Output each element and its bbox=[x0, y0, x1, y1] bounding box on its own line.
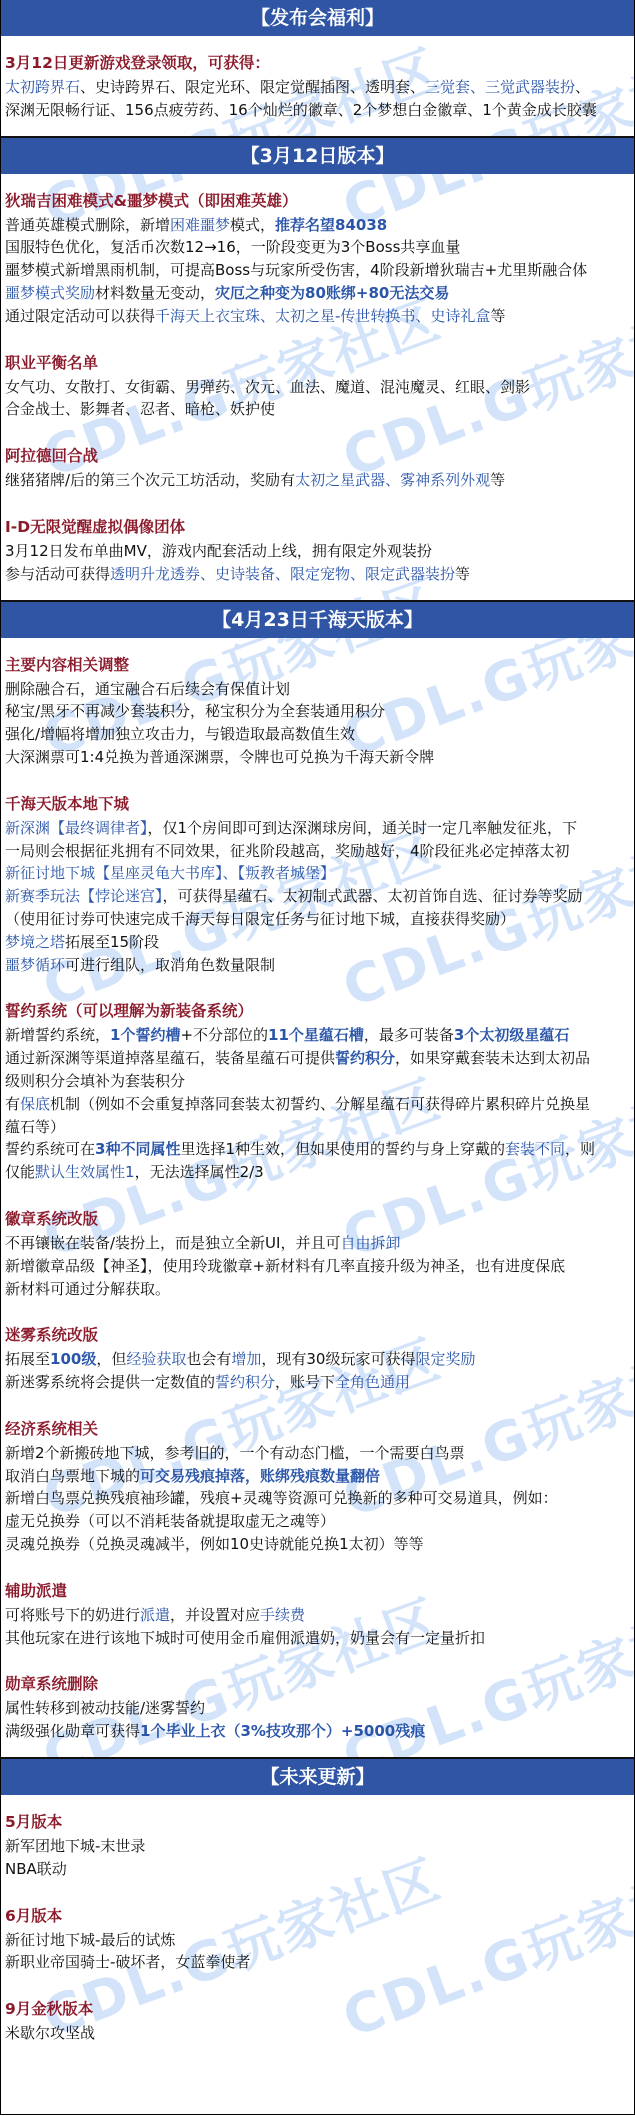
highlight-text: 推荐名望84038 bbox=[275, 216, 387, 234]
body-text: 其他玩家在进行该地下城时可使用金币雇佣派遣奶，奶量会有一定量折扣 bbox=[5, 1629, 485, 1647]
body-text: 有 bbox=[5, 1095, 20, 1113]
text-line: 太初跨界石、史诗跨界石、限定光环、限定觉醒插图、透明套、三觉套、三觉武器装扮、 bbox=[5, 76, 630, 99]
block-title: 辅助派遣 bbox=[5, 1578, 630, 1604]
body-text: ，无法选择属性2/3 bbox=[135, 1163, 264, 1181]
highlight-text: 新赛季玩法【悖论迷宫】 bbox=[5, 887, 163, 905]
body-text: 等 bbox=[490, 307, 505, 325]
body-text: NBA联动 bbox=[5, 1860, 67, 1878]
block-title: 徽章系统改版 bbox=[5, 1206, 630, 1232]
body-text: 属性转移到被动技能/迷雾誓约 bbox=[5, 1699, 205, 1717]
body-text: 级则积分会填补为套装积分 bbox=[5, 1072, 185, 1090]
body-text: 灵魂兑换券（兑换灵魂减半，例如10史诗就能兑换1太初）等等 bbox=[5, 1535, 424, 1553]
body-text: 材料数量无变动， bbox=[95, 284, 215, 302]
section-april-23-qianhaitian-version: 【4月23日千海天版本】主要内容相关调整删除融合石，通宝融合石后续会有保值计划秘… bbox=[1, 600, 634, 1758]
content-block: 6月版本新征讨地下城-最后的试炼新职业帝国骑士-破坏者，女蓝拳使者 bbox=[5, 1903, 630, 1975]
text-line: 合金战士、影舞者、忍者、暗枪、妖护使 bbox=[5, 398, 630, 421]
body-text: 新材料可通过分解获取。 bbox=[5, 1280, 170, 1298]
text-line: 梦境之塔拓展至15阶段 bbox=[5, 931, 630, 954]
text-line: 秘宝/黑牙不再减少套装积分，秘宝积分为全套装通用积分 bbox=[5, 700, 630, 723]
body-text: 新增2个新搬砖地下城，参考旧的，一个有动态门槛，一个需要白鸟票 bbox=[5, 1444, 465, 1462]
body-text: 可将账号下的奶进行 bbox=[5, 1606, 140, 1624]
body-text: ，现有30级玩家可获得 bbox=[261, 1350, 415, 1368]
text-line: 新深渊【最终调律者】，仅1个房间即可到达深渊球房间，通关时一定几率触发征兆，下 bbox=[5, 817, 630, 840]
content-block: 经济系统相关新增2个新搬砖地下城，参考旧的，一个有动态门槛，一个需要白鸟票取消白… bbox=[5, 1416, 630, 1556]
body-text: 模式， bbox=[230, 216, 275, 234]
block-title: 誓约系统（可以理解为新装备系统） bbox=[5, 998, 630, 1024]
content-block: 阿拉德回合战继猪猪牌/后的第三个次元工坊活动，奖励有太初之星武器、雾神系列外观等 bbox=[5, 443, 630, 492]
content-block: 誓约系统（可以理解为新装备系统）新增誓约系统，1个誓约槽+不分部位的11个星蕴石… bbox=[5, 998, 630, 1184]
content-block: I-D无限觉醒虚拟偶像团体3月12日发布单曲MV，游戏内配套活动上线，拥有限定外… bbox=[5, 514, 630, 586]
highlight-text: 套装不同 bbox=[505, 1140, 565, 1158]
text-line: 仅能默认生效属性1，无法选择属性2/3 bbox=[5, 1161, 630, 1184]
announcement-content: 【发布会福利】3月12日更新游戏登录领取，可获得：太初跨界石、史诗跨界石、限定光… bbox=[1, 0, 634, 2059]
text-line: NBA联动 bbox=[5, 1858, 630, 1881]
content-block: 徽章系统改版不再镶嵌在装备/装扮上，而是独立全新UI，并且可自由拆卸新增徽章品级… bbox=[5, 1206, 630, 1300]
section-header: 【3月12日版本】 bbox=[1, 136, 634, 174]
body-text: ，并设置对应 bbox=[170, 1606, 260, 1624]
body-text: 普通英雄模式删除，新增 bbox=[5, 216, 170, 234]
body-text: 拓展至 bbox=[5, 1350, 50, 1368]
highlight-text: 默认生效属性1 bbox=[35, 1163, 135, 1181]
section-body: 3月12日更新游戏登录领取，可获得：太初跨界石、史诗跨界石、限定光环、限定觉醒插… bbox=[1, 36, 634, 136]
body-text: ，如果穿戴套装未达到太初品 bbox=[395, 1049, 590, 1067]
block-title: 9月金秋版本 bbox=[5, 1996, 630, 2022]
text-line: 删除融合石，通宝融合石后续会有保值计划 bbox=[5, 678, 630, 701]
block-title: 6月版本 bbox=[5, 1903, 630, 1929]
highlight-text: 1个誓约槽 bbox=[110, 1026, 180, 1044]
text-line: 新材料可通过分解获取。 bbox=[5, 1278, 630, 1301]
text-line: 蕴石等） bbox=[5, 1116, 630, 1139]
highlight-text: 手续费 bbox=[260, 1606, 305, 1624]
body-text: 、 bbox=[575, 78, 590, 96]
text-line: 通过新深渊等渠道掉落星蕴石，装备星蕴石可提供誓约积分，如果穿戴套装未达到太初品 bbox=[5, 1047, 630, 1070]
text-line: 满级强化勋章可获得1个毕业上衣（3%技攻那个）+5000残痕 bbox=[5, 1720, 630, 1743]
body-text: 等 bbox=[490, 471, 505, 489]
body-text: 蕴石等） bbox=[5, 1118, 65, 1136]
body-text: 新增白鸟票兑换残痕袖珍罐，残痕+灵魂等资源可兑换新的多种可交易道具，例如： bbox=[5, 1489, 558, 1507]
highlight-text: 透明升龙透券、史诗装备、限定宠物、限定武器装扮 bbox=[110, 565, 455, 583]
content-block: 3月12日更新游戏登录领取，可获得：太初跨界石、史诗跨界石、限定光环、限定觉醒插… bbox=[5, 50, 630, 122]
highlight-text: 1个毕业上衣（3%技攻那个）+5000残痕 bbox=[140, 1722, 425, 1740]
body-text: ，可获得星蕴石、太初制式武器、太初首饰自选、征讨券等奖励 bbox=[163, 887, 583, 905]
highlight-text: 新深渊【最终调律者】 bbox=[5, 819, 148, 837]
text-line: 3月12日发布单曲MV，游戏内配套活动上线，拥有限定外观装扮 bbox=[5, 540, 630, 563]
body-text: 删除融合石，通宝融合石后续会有保值计划 bbox=[5, 680, 290, 698]
block-title: 经济系统相关 bbox=[5, 1416, 630, 1442]
highlight-text: 11个星蕴石槽 bbox=[268, 1026, 364, 1044]
text-line: 新增白鸟票兑换残痕袖珍罐，残痕+灵魂等资源可兑换新的多种可交易道具，例如： bbox=[5, 1487, 630, 1510]
block-title: I-D无限觉醒虚拟偶像团体 bbox=[5, 514, 630, 540]
body-text: 里选择1种生效，但如果使用的誓约与身上穿戴的 bbox=[180, 1140, 505, 1158]
highlight-text: 梦境之塔 bbox=[5, 933, 65, 951]
text-line: 通过限定活动可以获得千海天上衣宝珠、太初之星-传世转换书、史诗礼盒等 bbox=[5, 305, 630, 328]
text-line: 新赛季玩法【悖论迷宫】，可获得星蕴石、太初制式武器、太初首饰自选、征讨券等奖励 bbox=[5, 885, 630, 908]
body-text: 大深渊票可1:4兑换为普通深渊票，令牌也可兑换为千海天新令牌 bbox=[5, 748, 434, 766]
text-line: 继猪猪牌/后的第三个次元工坊活动，奖励有太初之星武器、雾神系列外观等 bbox=[5, 469, 630, 492]
text-line: 大深渊票可1:4兑换为普通深渊票，令牌也可兑换为千海天新令牌 bbox=[5, 746, 630, 769]
text-line: 有保底机制（例如不会重复掉落同套装太初誓约、分解星蕴石可获得碎片累积碎片兑换星 bbox=[5, 1093, 630, 1116]
body-text: 米歇尔攻坚战 bbox=[5, 2024, 95, 2042]
announcement-page: CDL.G玩家社区CDL.G玩家社区CDL.G玩家社区CDL.G玩家社区CDL.… bbox=[0, 0, 635, 2115]
section-future-updates: 【未来更新】5月版本新军团地下城-末世录NBA联动6月版本新征讨地下城-最后的试… bbox=[1, 1757, 634, 2059]
highlight-text: 限定奖励 bbox=[415, 1350, 475, 1368]
highlight-text: 100级 bbox=[50, 1350, 96, 1368]
body-text: 参与活动可获得 bbox=[5, 565, 110, 583]
text-line: 誓约系统可在3种不同属性里选择1种生效，但如果使用的誓约与身上穿戴的套装不同，则 bbox=[5, 1138, 630, 1161]
highlight-text: 太初之星武器、雾神系列外观 bbox=[295, 471, 490, 489]
text-line: 新增2个新搬砖地下城，参考旧的，一个有动态门槛，一个需要白鸟票 bbox=[5, 1442, 630, 1465]
highlight-text: 可交易残痕掉落，账绑残痕数量翻倍 bbox=[140, 1467, 380, 1485]
body-text: 女气功、女散打、女街霸、男弹药、次元、血法、魔道、混沌魔灵、红眼、剑影 bbox=[5, 378, 530, 396]
body-text: 通过新深渊等渠道掉落星蕴石，装备星蕴石可提供 bbox=[5, 1049, 335, 1067]
block-title: 职业平衡名单 bbox=[5, 350, 630, 376]
content-block: 千海天版本地下城新深渊【最终调律者】，仅1个房间即可到达深渊球房间，通关时一定几… bbox=[5, 791, 630, 977]
highlight-text: 困难噩梦 bbox=[170, 216, 230, 234]
content-block: 职业平衡名单女气功、女散打、女街霸、男弹药、次元、血法、魔道、混沌魔灵、红眼、剑… bbox=[5, 350, 630, 422]
highlight-text: 三觉套、三觉武器装扮 bbox=[425, 78, 575, 96]
content-block: 狄瑞吉困难模式&噩梦模式（即困难英雄）普通英雄模式删除，新增困难噩梦模式，推荐名… bbox=[5, 188, 630, 328]
body-text: 新迷雾系统将会提供一定数值的 bbox=[5, 1373, 215, 1391]
body-text: 也会有 bbox=[186, 1350, 231, 1368]
section-launch-event-benefits: 【发布会福利】3月12日更新游戏登录领取，可获得：太初跨界石、史诗跨界石、限定光… bbox=[1, 0, 634, 136]
body-text: 机制（例如不会重复掉落同套装太初誓约、分解星蕴石可获得碎片累积碎片兑换星 bbox=[50, 1095, 590, 1113]
block-title: 阿拉德回合战 bbox=[5, 443, 630, 469]
text-line: 新增徽章品级【神圣】，使用玲珑徽章+新材料有几率直接升级为神圣，也有进度保底 bbox=[5, 1255, 630, 1278]
text-line: 可将账号下的奶进行派遣，并设置对应手续费 bbox=[5, 1604, 630, 1627]
text-line: 米歇尔攻坚战 bbox=[5, 2022, 630, 2045]
highlight-text: 保底 bbox=[20, 1095, 50, 1113]
highlight-text: 经验获取 bbox=[126, 1350, 186, 1368]
block-title: 迷雾系统改版 bbox=[5, 1322, 630, 1348]
text-line: 国服特色优化，复活币次数12→16，一阶段变更为3个Boss共享血量 bbox=[5, 236, 630, 259]
section-march-12-version: 【3月12日版本】狄瑞吉困难模式&噩梦模式（即困难英雄）普通英雄模式删除，新增困… bbox=[1, 136, 634, 600]
body-text: 新军团地下城-末世录 bbox=[5, 1837, 145, 1855]
text-line: 其他玩家在进行该地下城时可使用金币雇佣派遣奶，奶量会有一定量折扣 bbox=[5, 1627, 630, 1650]
highlight-text: 太初跨界石 bbox=[5, 78, 80, 96]
body-text: 噩梦模式新增黑雨机制，可提高Boss与玩家所受伤害，4阶段新增狄瑞吉+尤里斯融合… bbox=[5, 261, 587, 279]
body-text: 3月12日发布单曲MV，游戏内配套活动上线，拥有限定外观装扮 bbox=[5, 542, 432, 560]
content-block: 5月版本新军团地下城-末世录NBA联动 bbox=[5, 1809, 630, 1881]
section-header: 【未来更新】 bbox=[1, 1757, 634, 1795]
text-line: 虚无兑换券（可以不消耗装备就提取虚无之魂等） bbox=[5, 1510, 630, 1533]
body-text: 新增徽章品级【神圣】，使用玲珑徽章+新材料有几率直接升级为神圣，也有进度保底 bbox=[5, 1257, 565, 1275]
body-text: 新增誓约系统， bbox=[5, 1026, 110, 1044]
block-title: 勋章系统删除 bbox=[5, 1671, 630, 1697]
body-text: +不分部位的 bbox=[180, 1026, 268, 1044]
highlight-text: 全角色通用 bbox=[335, 1373, 410, 1391]
text-line: 女气功、女散打、女街霸、男弹药、次元、血法、魔道、混沌魔灵、红眼、剑影 bbox=[5, 376, 630, 399]
body-text: 不再镶嵌在装备/装扮上，而是独立全新UI，并且可 bbox=[5, 1234, 340, 1252]
text-line: 新征讨地下城-最后的试炼 bbox=[5, 1929, 630, 1952]
text-line: （使用征讨券可快速完成千海天每日限定任务与征讨地下城，直接获得奖励） bbox=[5, 908, 630, 931]
body-text: 新征讨地下城-最后的试炼 bbox=[5, 1931, 175, 1949]
body-text: ，最多可装备 bbox=[364, 1026, 454, 1044]
text-line: 拓展至100级，但经验获取也会有增加，现有30级玩家可获得限定奖励 bbox=[5, 1348, 630, 1371]
body-text: 合金战士、影舞者、忍者、暗枪、妖护使 bbox=[5, 400, 275, 418]
body-text: 满级强化勋章可获得 bbox=[5, 1722, 140, 1740]
body-text: 强化/增幅将增加独立攻击力，与锻造取最高数值生效 bbox=[5, 725, 355, 743]
highlight-text: 增加 bbox=[231, 1350, 261, 1368]
text-line: 取消白鸟票地下城的可交易残痕掉落，账绑残痕数量翻倍 bbox=[5, 1465, 630, 1488]
highlight-text: 新征讨地下城【星座灵龟大书库】、【叛教者城堡】 bbox=[5, 864, 335, 882]
text-line: 深渊无限畅行证、156点疲劳药、16个灿烂的徽章、2个梦想白金徽章、1个黄金成长… bbox=[5, 99, 630, 122]
body-text: 国服特色优化，复活币次数12→16，一阶段变更为3个Boss共享血量 bbox=[5, 238, 460, 256]
text-line: 一局则会根据征兆拥有不同效果，征兆阶段越高，奖励越好，4阶段征兆必定掉落太初 bbox=[5, 840, 630, 863]
text-line: 不再镶嵌在装备/装扮上，而是独立全新UI，并且可自由拆卸 bbox=[5, 1232, 630, 1255]
highlight-text: 噩梦循环 bbox=[5, 956, 65, 974]
body-text: ，账号下 bbox=[275, 1373, 335, 1391]
body-text: ，则 bbox=[565, 1140, 595, 1158]
text-line: 参与活动可获得透明升龙透券、史诗装备、限定宠物、限定武器装扮等 bbox=[5, 563, 630, 586]
section-header: 【发布会福利】 bbox=[1, 0, 634, 36]
text-line: 灵魂兑换券（兑换灵魂减半，例如10史诗就能兑换1太初）等等 bbox=[5, 1533, 630, 1556]
highlight-text: 噩梦模式奖励 bbox=[5, 284, 95, 302]
section-body: 5月版本新军团地下城-末世录NBA联动6月版本新征讨地下城-最后的试炼新职业帝国… bbox=[1, 1795, 634, 2059]
block-title: 主要内容相关调整 bbox=[5, 652, 630, 678]
body-text: 拓展至15阶段 bbox=[65, 933, 159, 951]
body-text: 新职业帝国骑士-破坏者，女蓝拳使者 bbox=[5, 1953, 250, 1971]
text-line: 普通英雄模式删除，新增困难噩梦模式，推荐名望84038 bbox=[5, 214, 630, 237]
text-line: 级则积分会填补为套装积分 bbox=[5, 1070, 630, 1093]
highlight-text: 3个太初级星蕴石 bbox=[454, 1026, 569, 1044]
text-line: 新军团地下城-末世录 bbox=[5, 1835, 630, 1858]
body-text: 虚无兑换券（可以不消耗装备就提取虚无之魂等） bbox=[5, 1512, 335, 1530]
highlight-text: 自由拆卸 bbox=[340, 1234, 400, 1252]
content-block: 勋章系统删除属性转移到被动技能/迷雾誓约满级强化勋章可获得1个毕业上衣（3%技攻… bbox=[5, 1671, 630, 1743]
body-text: 誓约系统可在 bbox=[5, 1140, 95, 1158]
text-line: 新职业帝国骑士-破坏者，女蓝拳使者 bbox=[5, 1951, 630, 1974]
body-text: ，仅1个房间即可到达深渊球房间，通关时一定几率触发征兆，下 bbox=[148, 819, 578, 837]
highlight-text: 誓约积分 bbox=[215, 1373, 275, 1391]
text-line: 新迷雾系统将会提供一定数值的誓约积分，账号下全角色通用 bbox=[5, 1371, 630, 1394]
highlight-text: 千海天上衣宝珠、太初之星-传世转换书、史诗礼盒 bbox=[155, 307, 490, 325]
text-line: 噩梦循环可进行组队，取消角色数量限制 bbox=[5, 954, 630, 977]
section-body: 主要内容相关调整删除融合石，通宝融合石后续会有保值计划秘宝/黑牙不再减少套装积分… bbox=[1, 638, 634, 1758]
body-text: （使用征讨券可快速完成千海天每日限定任务与征讨地下城，直接获得奖励） bbox=[5, 910, 515, 928]
content-block: 迷雾系统改版拓展至100级，但经验获取也会有增加，现有30级玩家可获得限定奖励新… bbox=[5, 1322, 630, 1394]
content-block: 主要内容相关调整删除融合石，通宝融合石后续会有保值计划秘宝/黑牙不再减少套装积分… bbox=[5, 652, 630, 769]
body-text: 通过限定活动可以获得 bbox=[5, 307, 155, 325]
content-block: 辅助派遣可将账号下的奶进行派遣，并设置对应手续费其他玩家在进行该地下城时可使用金… bbox=[5, 1578, 630, 1650]
block-title: 5月版本 bbox=[5, 1809, 630, 1835]
block-title: 千海天版本地下城 bbox=[5, 791, 630, 817]
text-line: 强化/增幅将增加独立攻击力，与锻造取最高数值生效 bbox=[5, 723, 630, 746]
text-line: 新征讨地下城【星座灵龟大书库】、【叛教者城堡】 bbox=[5, 862, 630, 885]
body-text: 一局则会根据征兆拥有不同效果，征兆阶段越高，奖励越好，4阶段征兆必定掉落太初 bbox=[5, 842, 570, 860]
body-text: ，但 bbox=[96, 1350, 126, 1368]
highlight-text: 誓约积分 bbox=[335, 1049, 395, 1067]
text-line: 噩梦模式新增黑雨机制，可提高Boss与玩家所受伤害，4阶段新增狄瑞吉+尤里斯融合… bbox=[5, 259, 630, 282]
text-line: 新增誓约系统，1个誓约槽+不分部位的11个星蕴石槽，最多可装备3个太初级星蕴石 bbox=[5, 1024, 630, 1047]
section-body: 狄瑞吉困难模式&噩梦模式（即困难英雄）普通英雄模式删除，新增困难噩梦模式，推荐名… bbox=[1, 174, 634, 600]
body-text: 等 bbox=[455, 565, 470, 583]
body-text: 仅能 bbox=[5, 1163, 35, 1181]
content-block: 9月金秋版本米歇尔攻坚战 bbox=[5, 1996, 630, 2045]
body-text: 继猪猪牌/后的第三个次元工坊活动，奖励有 bbox=[5, 471, 295, 489]
body-text: 秘宝/黑牙不再减少套装积分，秘宝积分为全套装通用积分 bbox=[5, 702, 385, 720]
body-text: 可进行组队，取消角色数量限制 bbox=[65, 956, 275, 974]
body-text: 深渊无限畅行证、156点疲劳药、16个灿烂的徽章、2个梦想白金徽章、1个黄金成长… bbox=[5, 101, 597, 119]
block-title: 狄瑞吉困难模式&噩梦模式（即困难英雄） bbox=[5, 188, 630, 214]
body-text: 取消白鸟票地下城的 bbox=[5, 1467, 140, 1485]
text-line: 噩梦模式奖励材料数量无变动，灾厄之种变为80账绑+80无法交易 bbox=[5, 282, 630, 305]
body-text: 、史诗跨界石、限定光环、限定觉醒插图、透明套、 bbox=[80, 78, 425, 96]
highlight-text: 3种不同属性 bbox=[95, 1140, 180, 1158]
highlight-text: 灾厄之种变为80账绑+80无法交易 bbox=[215, 284, 449, 302]
section-header: 【4月23日千海天版本】 bbox=[1, 600, 634, 638]
block-title: 3月12日更新游戏登录领取，可获得： bbox=[5, 50, 630, 76]
highlight-text: 派遣 bbox=[140, 1606, 170, 1624]
text-line: 属性转移到被动技能/迷雾誓约 bbox=[5, 1697, 630, 1720]
